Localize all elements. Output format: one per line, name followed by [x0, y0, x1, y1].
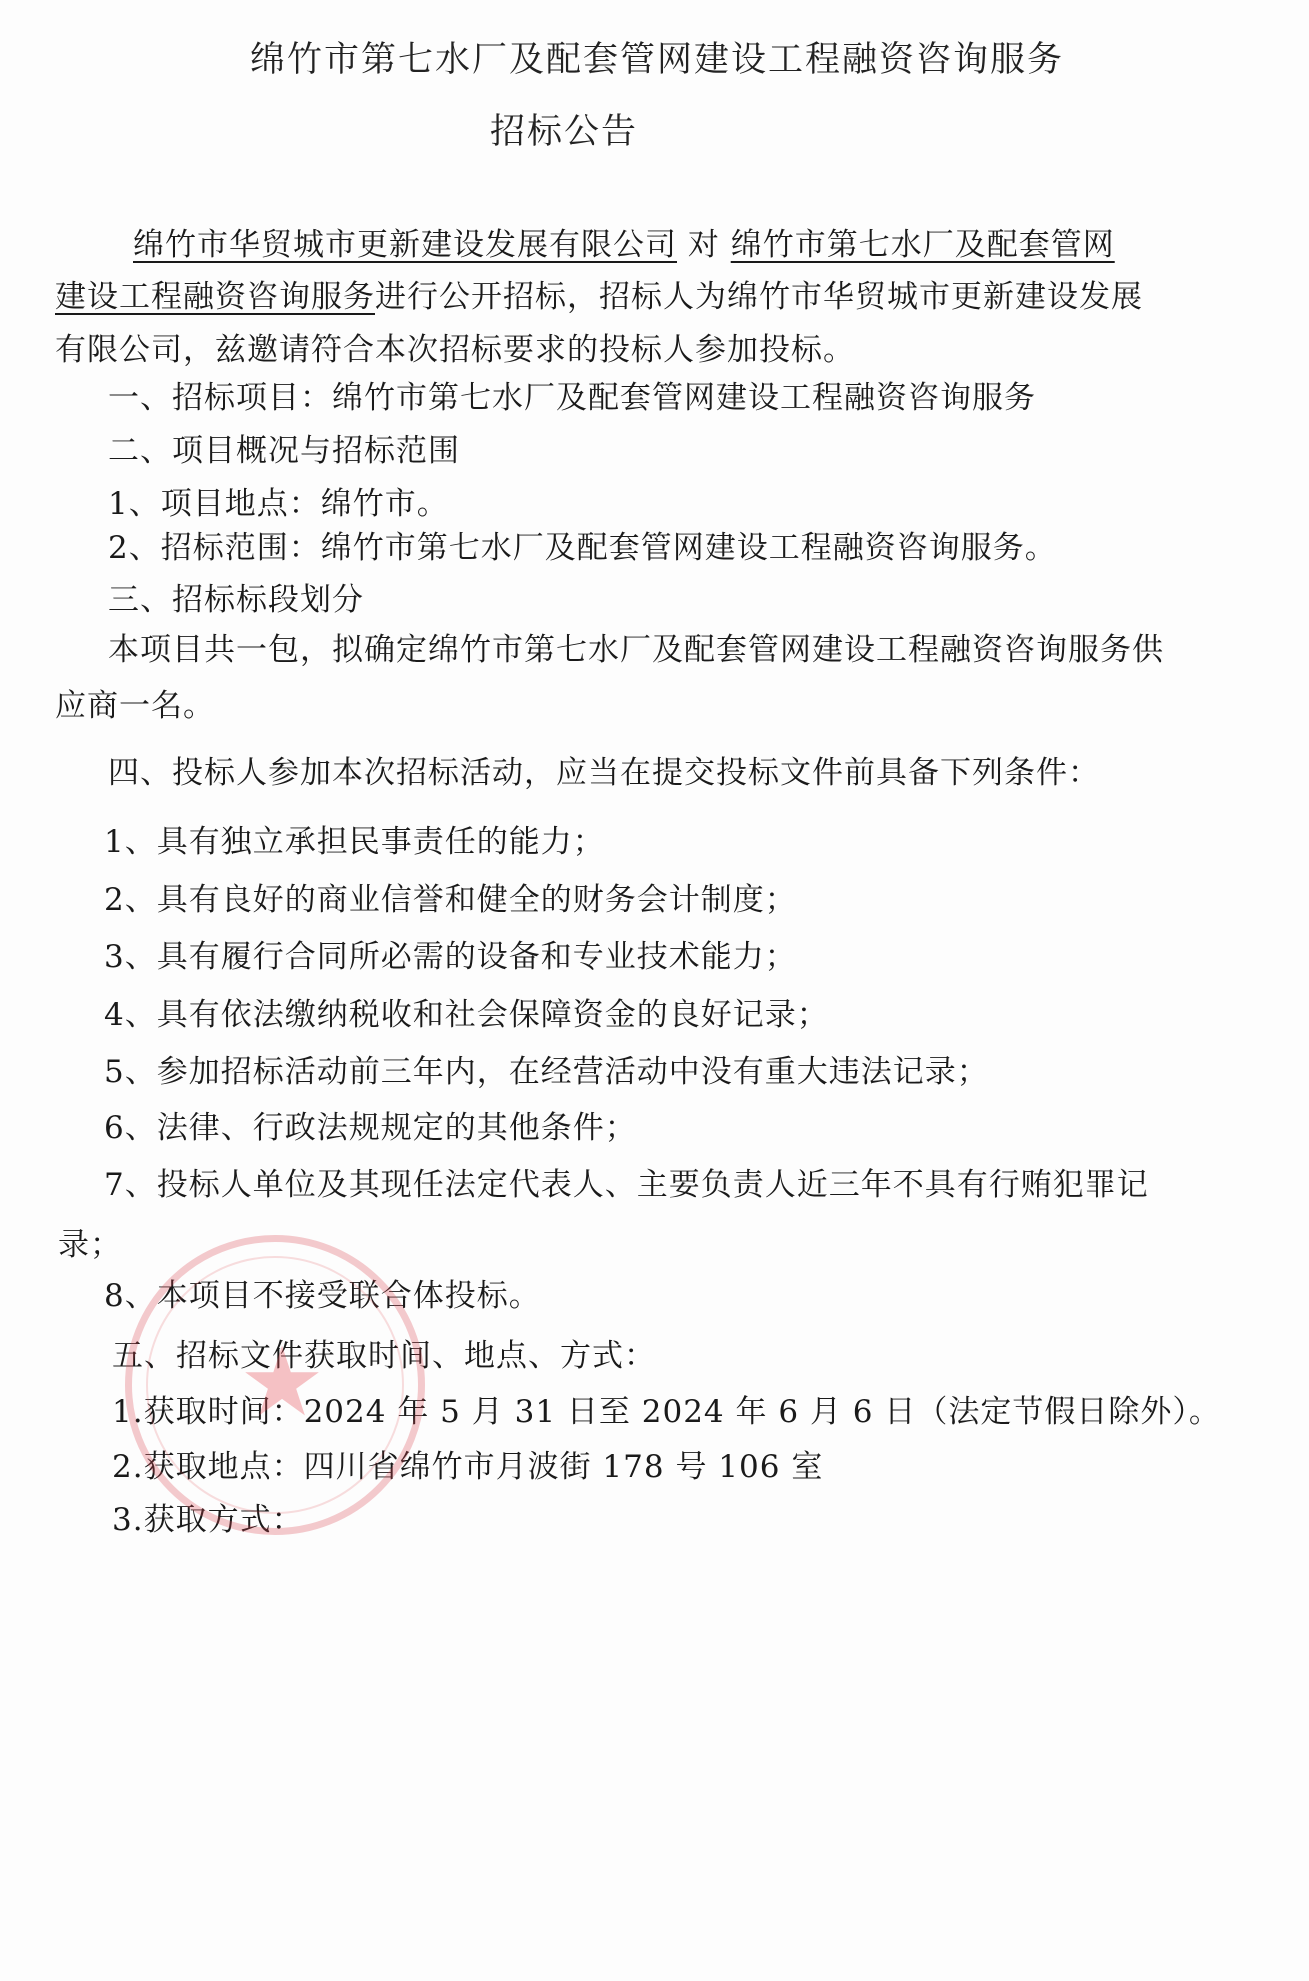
official-seal-stamp: ★ — [125, 1235, 425, 1535]
section-4-item-3: 3、具有履行合同所必需的设备和专业技术能力； — [104, 937, 797, 977]
tenderer-name: 绵竹市华贸城市更新建设发展有限公司 — [133, 227, 677, 263]
section-4-item-2: 2、具有良好的商业信誉和健全的财务会计制度； — [104, 880, 797, 920]
document-page: 绵竹市第七水厂及配套管网建设工程融资咨询服务 招标公告 绵竹市华贸城市更新建设发… — [0, 0, 1309, 1981]
section-3-heading: 三、招标标段划分 — [108, 580, 364, 620]
section-2-item-1: 1、项目地点：绵竹市。 — [108, 484, 449, 524]
section-4-item-1: 1、具有独立承担民事责任的能力； — [104, 822, 605, 862]
section-2-heading: 二、项目概况与招标范围 — [108, 431, 460, 471]
project-name-part2: 建设工程融资咨询服务 — [55, 279, 375, 315]
document-title-line2: 招标公告 — [490, 112, 638, 152]
section-4-item-5: 5、参加招标活动前三年内，在经营活动中没有重大违法记录； — [104, 1052, 989, 1092]
project-name-part1: 绵竹市第七水厂及配套管网 — [731, 227, 1115, 263]
section-4-item-6: 6、法律、行政法规规定的其他条件； — [104, 1108, 637, 1148]
section-1-heading: 一、招标项目：绵竹市第七水厂及配套管网建设工程融资咨询服务 — [108, 378, 1036, 418]
section-4-heading: 四、投标人参加本次招标活动，应当在提交投标文件前具备下列条件： — [108, 753, 1100, 793]
section-3-text-line1: 本项目共一包，拟确定绵竹市第七水厂及配套管网建设工程融资咨询服务供 — [108, 630, 1164, 670]
intro-line3: 有限公司，兹邀请符合本次招标要求的投标人参加投标。 — [55, 330, 855, 370]
section-3-text-line2: 应商一名。 — [55, 686, 215, 726]
section-4-item-7: 7、投标人单位及其现任法定代表人、主要负责人近三年不具有行贿犯罪记 — [104, 1165, 1149, 1205]
intro-line1: 绵竹市华贸城市更新建设发展有限公司 对 绵竹市第七水厂及配套管网 — [133, 225, 1115, 265]
intro-rest: 进行公开招标，招标人为绵竹市华贸城市更新建设发展 — [375, 279, 1143, 315]
section-4-item-7-cont: 录； — [58, 1225, 122, 1265]
intro-connector: 对 — [688, 227, 720, 263]
section-2-item-2: 2、招标范围：绵竹市第七水厂及配套管网建设工程融资咨询服务。 — [108, 528, 1057, 568]
star-icon: ★ — [237, 1337, 327, 1427]
document-title-line1: 绵竹市第七水厂及配套管网建设工程融资咨询服务 — [250, 40, 1064, 80]
intro-line2: 建设工程融资咨询服务进行公开招标，招标人为绵竹市华贸城市更新建设发展 — [55, 277, 1143, 317]
section-4-item-4: 4、具有依法缴纳税收和社会保障资金的良好记录； — [104, 995, 829, 1035]
